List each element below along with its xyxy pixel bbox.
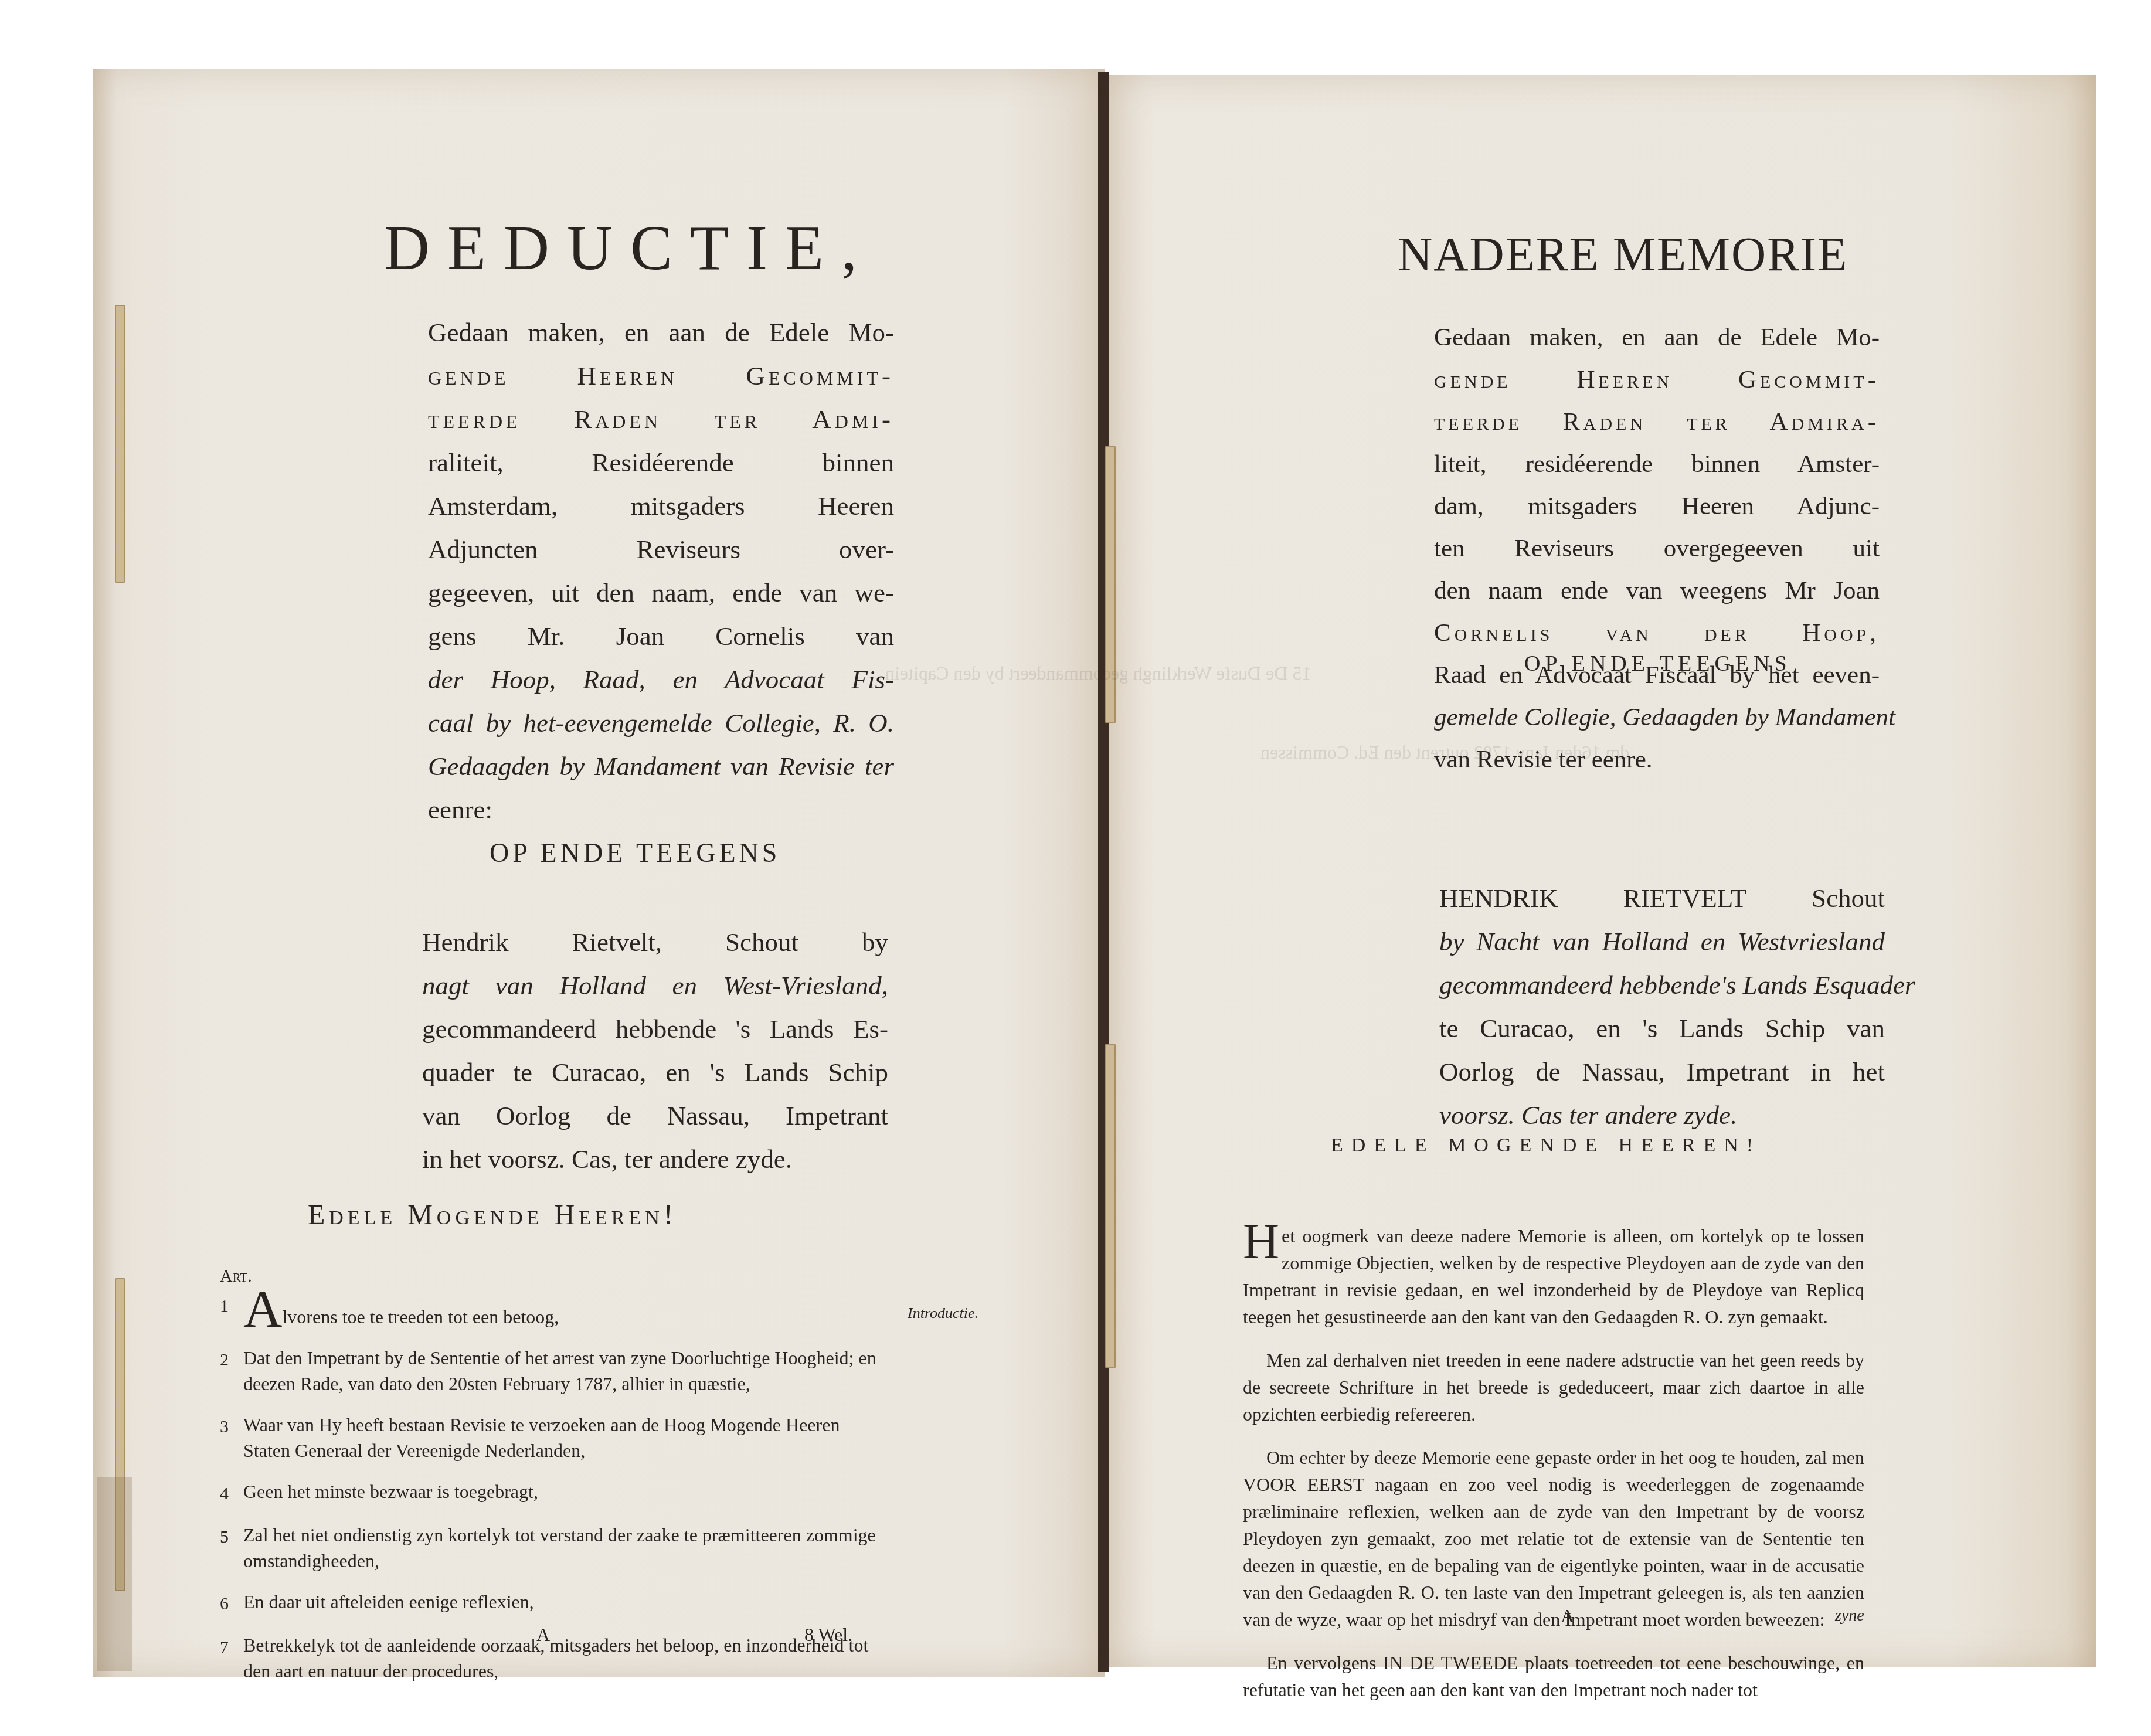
binding-thread-top [115, 305, 125, 583]
paragraph: Men zal derhalven niet treeden in eene n… [1243, 1347, 1864, 1428]
article-number: 5 [220, 1522, 243, 1550]
intro-line: gens Mr. Joan Cornelis van [428, 614, 894, 658]
party-line: by Nacht van Holland en Westvriesland [1439, 920, 1885, 963]
right-signature-mark: A [1561, 1605, 1574, 1627]
article-text: Geen het minste bezwaar is toegebragt, [243, 1479, 882, 1504]
article-text: Dat den Impetrant by de Sententie of het… [243, 1345, 882, 1397]
intro-line: eenre: [428, 788, 894, 831]
binding-thread-right-bottom [1105, 1044, 1116, 1368]
left-intro-block: Gedaan maken, en aan de Edele Mo- gende … [428, 311, 894, 831]
article-number: 7 [220, 1632, 243, 1660]
party-line: HENDRIK RIETVELT Schout [1439, 877, 1885, 920]
article-text: En daar uit afteleiden eenige reflexien, [243, 1589, 882, 1615]
article-text: Zal het niet ondienstig zyn kortelyk tot… [243, 1522, 882, 1574]
party-line: voorsz. Cas ter andere zyde. [1439, 1093, 1885, 1137]
intro-line: gegeeven, uit den naam, ende van we- [428, 571, 894, 614]
intro-line: Cornelis van der Hoop, [1434, 612, 1880, 654]
paragraph: Om echter by deeze Memorie eene gepaste … [1243, 1444, 1864, 1633]
marginal-note: Introductie. [908, 1304, 978, 1322]
intro-line: Gedaan maken, en aan de Edele Mo- [1434, 317, 1880, 359]
party-line: Hendrik Rietvelt, Schout by [422, 920, 888, 964]
paragraph-text: et oogmerk van deeze nadere Memorie is a… [1243, 1225, 1864, 1327]
article-number: 1 [220, 1291, 243, 1319]
article-number: 6 [220, 1589, 243, 1617]
intro-line: gende Heeren Gecommit- [428, 354, 894, 398]
right-title: NADERE MEMORIE [1398, 230, 1848, 278]
articles-list: Art. 1 Alvorens toe te treeden tot een b… [220, 1266, 882, 1699]
article-item: 1 Alvorens toe te treeden tot een betoog… [220, 1291, 882, 1330]
intro-line: Adjuncten Reviseurs over- [428, 528, 894, 571]
party-line: gecommandeerd hebbende 's Lands Es- [422, 1007, 888, 1051]
intro-line: gende Heeren Gecommit- [1434, 359, 1880, 401]
article-number: 3 [220, 1412, 243, 1440]
paragraph: En vervolgens IN DE TWEEDE plaats toetre… [1243, 1649, 1864, 1703]
left-title: DEDUCTIE, [384, 217, 875, 280]
party-line: nagt van Holland en West-Vriesland, [422, 964, 888, 1007]
intro-line: Gedaan maken, en aan de Edele Mo- [428, 311, 894, 354]
intro-line: teerde Raden ter Admi- [428, 398, 894, 441]
intro-line: van Revisie ter eenre. [1434, 739, 1880, 781]
party-line: Oorlog de Nassau, Impetrant in het [1439, 1050, 1885, 1093]
article-item: 2 Dat den Impetrant by de Sententie of h… [220, 1345, 882, 1397]
show-through-text: 15 De Dusfe Werklingh gecommandeert by d… [885, 663, 1311, 684]
left-catchword: 8 Wel. [804, 1624, 852, 1646]
right-party-block: HENDRIK RIETVELT Schout by Nacht van Hol… [1439, 877, 1885, 1137]
paragraph: Het oogmerk van deeze nadere Memorie is … [1243, 1222, 1864, 1330]
drop-cap: A [243, 1279, 282, 1338]
left-signature-mark: A [536, 1624, 550, 1646]
intro-line: caal by het-eevengemelde Collegie, R. O. [428, 701, 894, 745]
spine-gap [1098, 72, 1109, 1672]
article-number: 4 [220, 1479, 243, 1507]
intro-line: Gedaagden by Mandament van Revisie ter [428, 745, 894, 788]
left-op-ende-teegens: OP ENDE TEEGENS [490, 837, 780, 868]
intro-line: raliteit, Residéerende binnen [428, 441, 894, 484]
article-item: 6 En daar uit afteleiden eenige reflexie… [220, 1589, 882, 1617]
article-text: Betrekkelyk tot de aanleidende oorzaak, … [243, 1632, 882, 1684]
memorie-body: Het oogmerk van deeze nadere Memorie is … [1243, 1222, 1864, 1720]
intro-line: teerde Raden ter Admira- [1434, 401, 1880, 443]
party-line: van Oorlog de Nassau, Impetrant [422, 1094, 888, 1137]
art-label: Art. [220, 1266, 882, 1286]
intro-line: Amsterdam, mitsgaders Heeren [428, 484, 894, 528]
article-item: 7 Betrekkelyk tot de aanleidende oorzaak… [220, 1632, 882, 1684]
article-text: lvorens toe te treeden tot een betoog, [282, 1306, 559, 1327]
right-intro-block: Gedaan maken, en aan de Edele Mo- gende … [1434, 317, 1880, 781]
right-op-ende-teegens: OP ENDE TEEGENS [1524, 651, 1792, 677]
article-number: 2 [220, 1345, 243, 1373]
right-salutation: EDELE MOGENDE HEEREN! [1331, 1134, 1761, 1157]
intro-line: ten Reviseurs overgegeeven uit [1434, 528, 1880, 570]
left-salutation: Edele Mogende Heeren! [308, 1199, 677, 1231]
article-item: 3 Waar van Hy heeft bestaan Revisie te v… [220, 1412, 882, 1463]
article-item: 5 Zal het niet ondienstig zyn kortelyk t… [220, 1522, 882, 1574]
article-text: Waar van Hy heeft bestaan Revisie te ver… [243, 1412, 882, 1463]
party-line: in het voorsz. Cas, ter andere zyde. [422, 1137, 888, 1181]
left-party-block: Hendrik Rietvelt, Schout by nagt van Hol… [422, 920, 888, 1181]
party-line: quader te Curacao, en 's Lands Schip [422, 1051, 888, 1094]
article-item: 4 Geen het minste bezwaar is toegebragt, [220, 1479, 882, 1507]
intro-line: dam, mitsgaders Heeren Adjunc- [1434, 485, 1880, 528]
intro-line: liteit, residéerende binnen Amster- [1434, 443, 1880, 485]
intro-line: der Hoop, Raad, en Advocaat Fis- [428, 658, 894, 701]
drop-cap: H [1243, 1225, 1279, 1258]
intro-line: den naam ende van weegens Mr Joan [1434, 570, 1880, 612]
right-catchword: zyne [1835, 1606, 1864, 1625]
page-fold-shadow [97, 1477, 132, 1671]
party-line: gecommandeerd hebbende's Lands Esquader [1439, 963, 1885, 1007]
party-line: te Curacao, en 's Lands Schip van [1439, 1007, 1885, 1050]
intro-line: gemelde Collegie, Gedaagden by Mandament [1434, 697, 1880, 739]
